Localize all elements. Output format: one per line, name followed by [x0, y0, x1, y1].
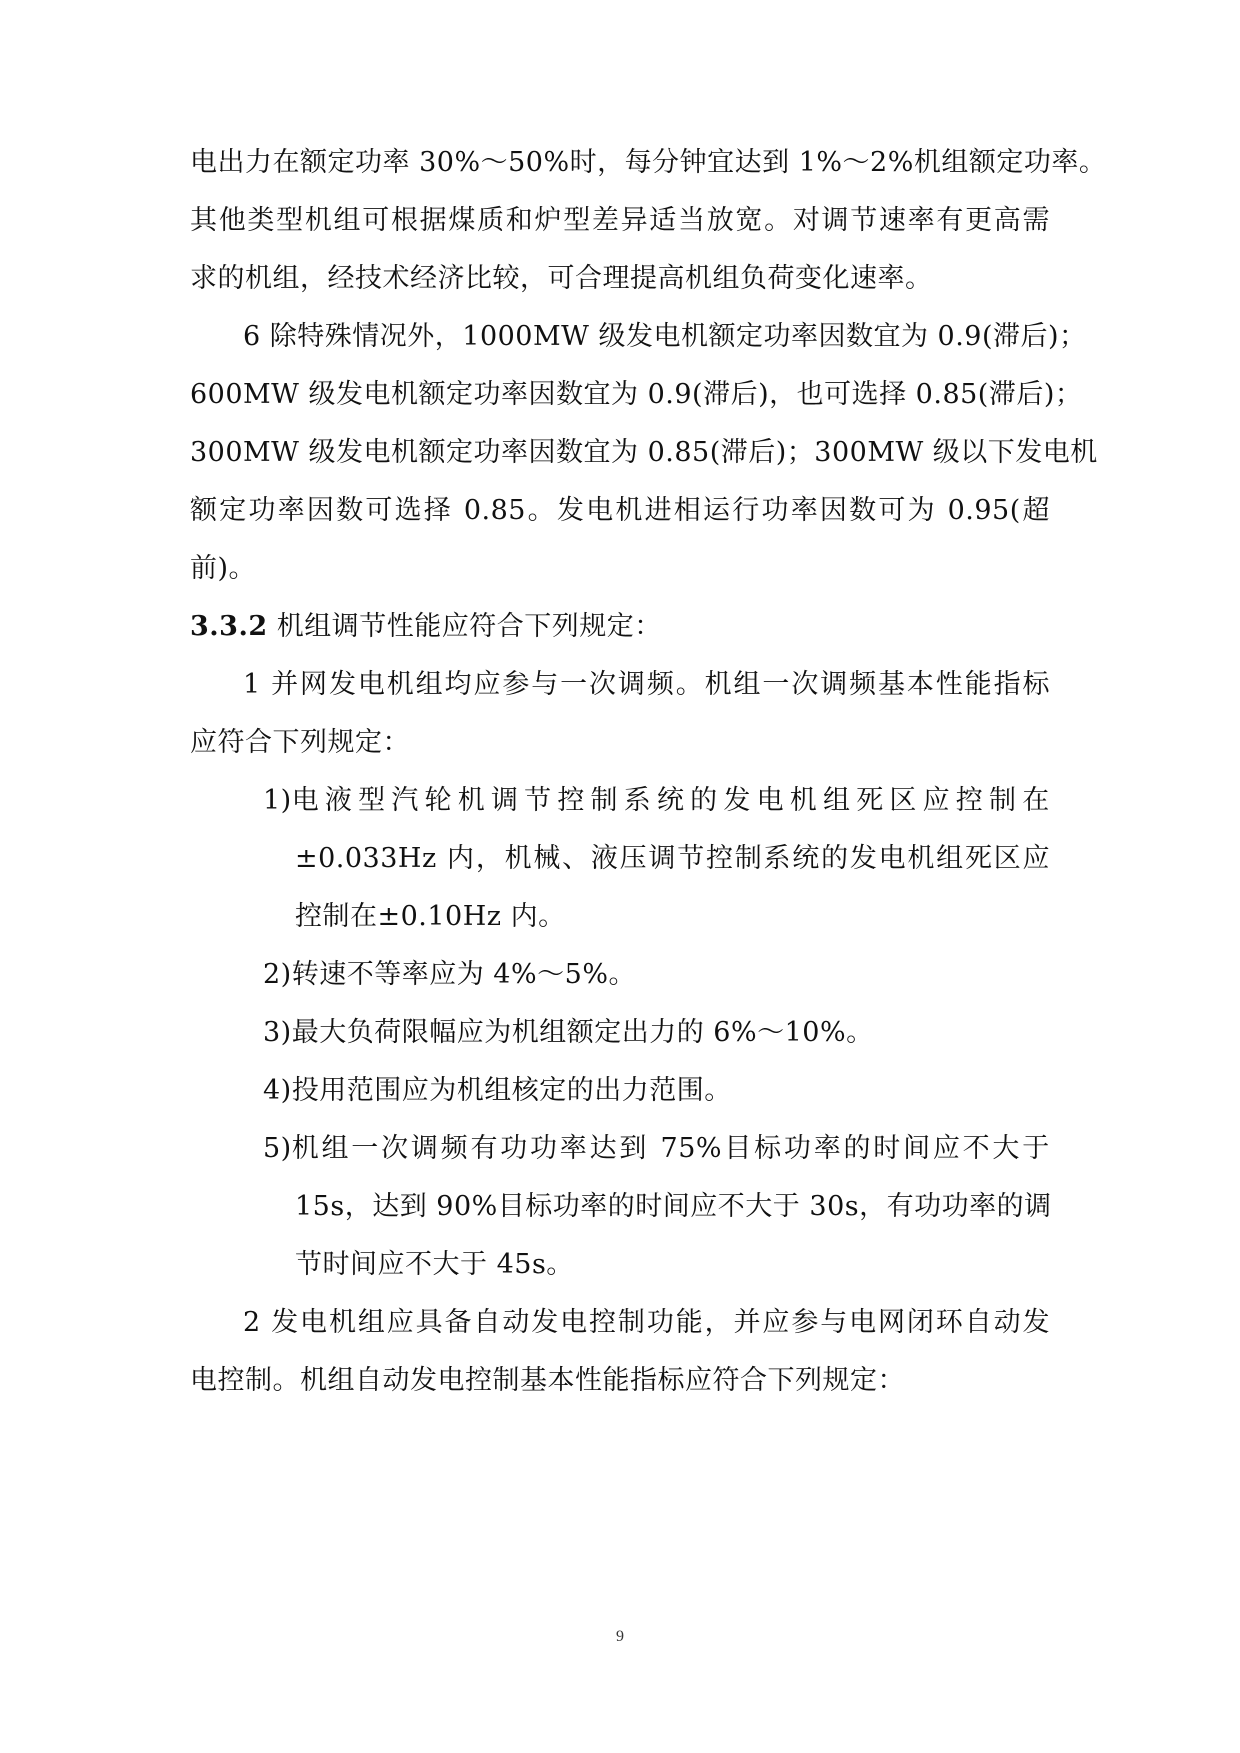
paragraph-line: 求的机组，经技术经济比较，可合理提高机组负荷变化速率。: [190, 262, 933, 296]
section-heading: 3.3.2 机组调节性能应符合下列规定：: [190, 610, 662, 644]
text: 机组一次调频有功功率达到 75%目标功率的时间应不大于: [292, 1132, 1050, 1166]
text: 最大负荷限幅应为机组额定出力的 6%～10%。: [292, 1017, 874, 1048]
text: 15s，达到 90%目标功率的时间应不大于 30s，有功功率的调: [295, 1190, 1050, 1224]
subitem-label: 3): [263, 1017, 292, 1048]
page-number: 9: [0, 1628, 1240, 1646]
subitem-5-cont: 节时间应不大于 45s。: [295, 1248, 574, 1282]
subitem-1: 1)电液型汽轮机调节控制系统的发电机组死区应控制在: [263, 784, 1050, 818]
text: 2 发电机组应具备自动发电控制功能，并应参与电网闭环自动发: [243, 1306, 1050, 1340]
paragraph-line: 电出力在额定功率 30%～50%时，每分钟宜达到 1%～2%机组额定功率。: [190, 146, 1050, 180]
clause-6-line: 6 除特殊情况外，1000MW 级发电机额定功率因数宜为 0.9(滞后)；: [243, 320, 1050, 354]
subitem-label: 2): [263, 959, 292, 990]
subitem-5-cont: 15s，达到 90%目标功率的时间应不大于 30s，有功功率的调: [295, 1190, 1050, 1224]
subitem-2: 2)转速不等率应为 4%～5%。: [263, 958, 636, 992]
text: 转速不等率应为 4%～5%。: [292, 959, 636, 990]
text: 1 并网发电机组均应参与一次调频。机组一次调频基本性能指标: [243, 668, 1050, 702]
text: 300MW 级发电机额定功率因数宜为 0.85(滞后)；300MW 级以下发电机: [190, 436, 1050, 470]
subitem-5: 5)机组一次调频有功功率达到 75%目标功率的时间应不大于: [263, 1132, 1050, 1166]
paragraph-line: 300MW 级发电机额定功率因数宜为 0.85(滞后)；300MW 级以下发电机: [190, 436, 1050, 470]
item-2-line: 2 发电机组应具备自动发电控制功能，并应参与电网闭环自动发: [243, 1306, 1050, 1340]
text: ±0.033Hz 内，机械、液压调节控制系统的发电机组死区应: [295, 842, 1050, 876]
item-1-line: 应符合下列规定：: [190, 726, 410, 760]
subitem-1-cont: ±0.033Hz 内，机械、液压调节控制系统的发电机组死区应: [295, 842, 1050, 876]
subitem-1-cont: 控制在±0.10Hz 内。: [295, 900, 566, 934]
paragraph-line: 额定功率因数可选择 0.85。发电机进相运行功率因数可为 0.95(超: [190, 494, 1050, 528]
text: 600MW 级发电机额定功率因数宜为 0.9(滞后)，也可选择 0.85(滞后)…: [190, 378, 1050, 412]
item-2-line: 电控制。机组自动发电控制基本性能指标应符合下列规定：: [190, 1364, 905, 1398]
text: 额定功率因数可选择 0.85。发电机进相运行功率因数可为 0.95(超: [190, 494, 1050, 528]
text: 投用范围应为机组核定的出力范围。: [292, 1075, 732, 1106]
subitem-label: 4): [263, 1075, 292, 1106]
section-number: 3.3.2: [190, 611, 268, 642]
text: 其他类型机组可根据煤质和炉型差异适当放宽。对调节速率有更高需: [190, 204, 1050, 238]
subitem-label: 1): [263, 785, 292, 816]
document-page: 电出力在额定功率 30%～50%时，每分钟宜达到 1%～2%机组额定功率。 其他…: [0, 0, 1240, 1753]
paragraph-line: 其他类型机组可根据煤质和炉型差异适当放宽。对调节速率有更高需: [190, 204, 1050, 238]
paragraph-line: 600MW 级发电机额定功率因数宜为 0.9(滞后)，也可选择 0.85(滞后)…: [190, 378, 1050, 412]
item-1-line: 1 并网发电机组均应参与一次调频。机组一次调频基本性能指标: [243, 668, 1050, 702]
text: 6 除特殊情况外，1000MW 级发电机额定功率因数宜为 0.9(滞后)；: [243, 320, 1050, 354]
subitem-4: 4)投用范围应为机组核定的出力范围。: [263, 1074, 732, 1108]
subitem-label: 5): [263, 1133, 292, 1164]
paragraph-line: 前)。: [190, 552, 256, 586]
subitem-3: 3)最大负荷限幅应为机组额定出力的 6%～10%。: [263, 1016, 874, 1050]
section-title: 机组调节性能应符合下列规定：: [277, 611, 662, 642]
text: 电液型汽轮机调节控制系统的发电机组死区应控制在: [292, 784, 1050, 818]
text: 电出力在额定功率 30%～50%时，每分钟宜达到 1%～2%机组额定功率。: [190, 146, 1050, 180]
